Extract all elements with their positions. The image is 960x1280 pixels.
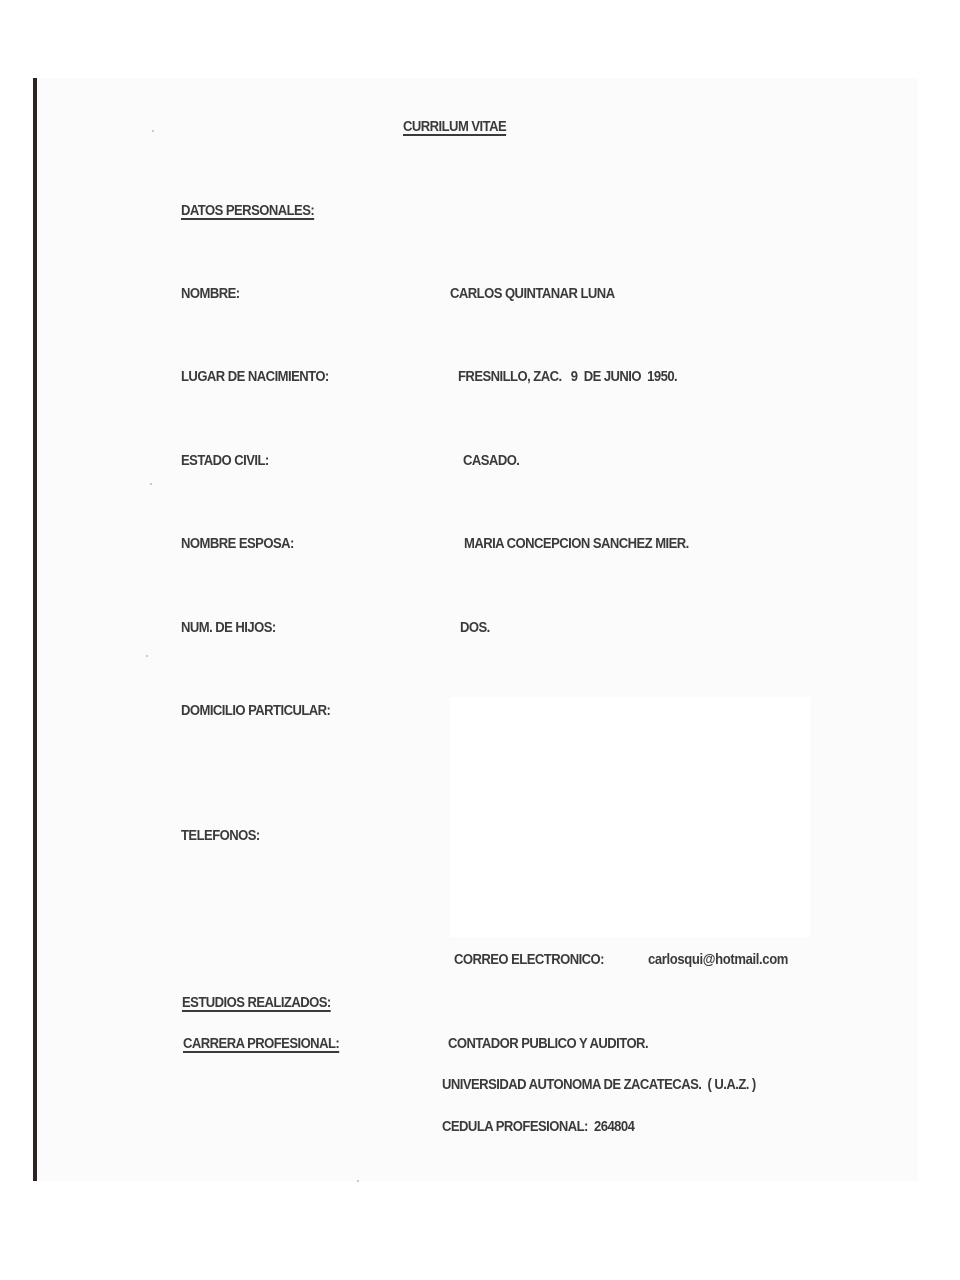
page-binding-edge — [33, 78, 37, 1181]
field-value-num-hijos: DOS. — [460, 620, 490, 636]
document-title: CURRILUM VITAE — [403, 119, 506, 135]
field-value-lugar-nacimiento: FRESNILLO, ZAC. 9 DE JUNIO 1950. — [458, 369, 677, 385]
career-line-university: UNIVERSIDAD AUTONOMA DE ZACATECAS. ( U.A… — [442, 1077, 756, 1093]
scan-speck — [150, 483, 152, 485]
scan-speck — [146, 655, 148, 657]
career-line-cedula: CEDULA PROFESIONAL: 264804 — [442, 1119, 634, 1135]
field-label-telefonos: TELEFONOS: — [181, 828, 260, 844]
section-heading-studies: ESTUDIOS REALIZADOS: — [182, 995, 331, 1011]
field-value-email: carlosqui@hotmail.com — [648, 952, 788, 968]
career-line-degree: CONTADOR PUBLICO Y AUDITOR. — [448, 1036, 648, 1052]
scan-speck — [357, 1180, 359, 1182]
field-label-nombre-esposa: NOMBRE ESPOSA: — [181, 536, 294, 552]
field-value-estado-civil: CASADO. — [463, 453, 519, 469]
field-label-email: CORREO ELECTRONICO: — [454, 952, 604, 968]
field-value-nombre: CARLOS QUINTANAR LUNA — [450, 286, 615, 302]
field-value-nombre-esposa: MARIA CONCEPCION SANCHEZ MIER. — [464, 536, 689, 552]
field-label-domicilio: DOMICILIO PARTICULAR: — [181, 703, 330, 719]
field-label-carrera: CARRERA PROFESIONAL: — [183, 1036, 339, 1052]
field-label-estado-civil: ESTADO CIVIL: — [181, 453, 269, 469]
redacted-area — [450, 697, 810, 937]
field-label-lugar-nacimiento: LUGAR DE NACIMIENTO: — [181, 369, 329, 385]
scan-speck — [152, 130, 154, 132]
field-label-nombre: NOMBRE: — [181, 286, 240, 302]
field-label-num-hijos: NUM. DE HIJOS: — [181, 620, 276, 636]
section-heading-personal: DATOS PERSONALES: — [181, 203, 314, 219]
